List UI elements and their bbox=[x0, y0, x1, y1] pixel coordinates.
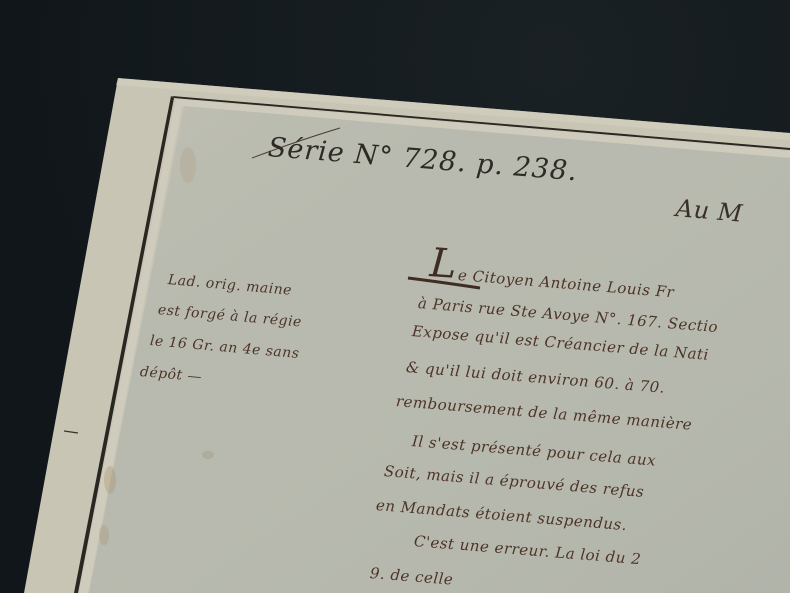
drop-initial: L bbox=[428, 240, 458, 288]
salutation: Au M bbox=[675, 194, 744, 228]
